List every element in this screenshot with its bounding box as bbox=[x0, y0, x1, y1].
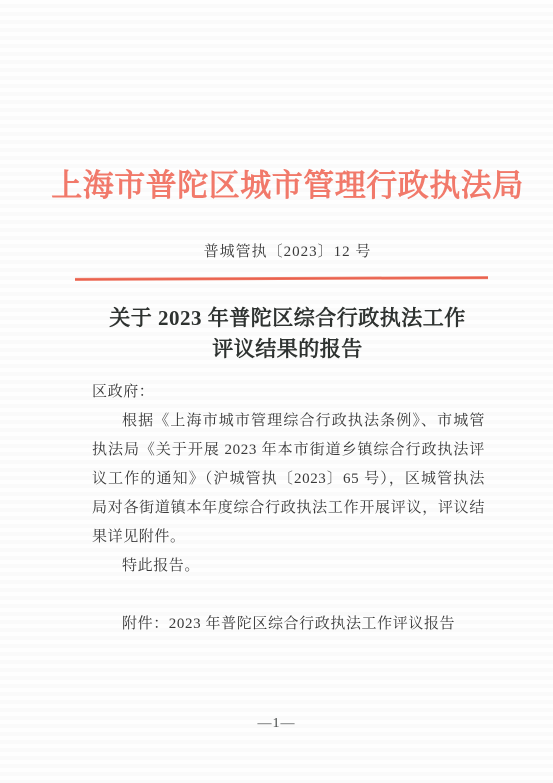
body-paragraph-main: 根据《上海市城市管理综合行政执法条例》、市城管执法局《关于开展 2023 年本市… bbox=[92, 407, 485, 552]
document-content: 上海市普陀区城市管理行政执法局 普城管执〔2023〕12 号 关于 2023 年… bbox=[11, 0, 553, 783]
letterhead-separator-line bbox=[75, 276, 488, 280]
agency-letterhead-title: 上海市普陀区城市管理行政执法局 bbox=[11, 160, 553, 205]
salutation: 区政府： bbox=[92, 378, 485, 407]
document-title-line2: 评议结果的报告 bbox=[11, 334, 553, 365]
document-page: 上海市普陀区城市管理行政执法局 普城管执〔2023〕12 号 关于 2023 年… bbox=[0, 0, 553, 783]
document-body: 区政府： 根据《上海市城市管理综合行政执法条例》、市城管执法局《关于开展 202… bbox=[92, 378, 485, 639]
page-number: —1— bbox=[0, 716, 553, 732]
attachment-line: 附件：2023 年普陀区综合行政执法工作评议报告 bbox=[92, 610, 485, 639]
document-number: 普城管执〔2023〕12 号 bbox=[11, 240, 553, 261]
document-title-line1: 关于 2023 年普陀区综合行政执法工作 bbox=[11, 303, 553, 334]
document-title: 关于 2023 年普陀区综合行政执法工作 评议结果的报告 bbox=[11, 303, 553, 365]
body-paragraph-closing: 特此报告。 bbox=[92, 552, 485, 581]
